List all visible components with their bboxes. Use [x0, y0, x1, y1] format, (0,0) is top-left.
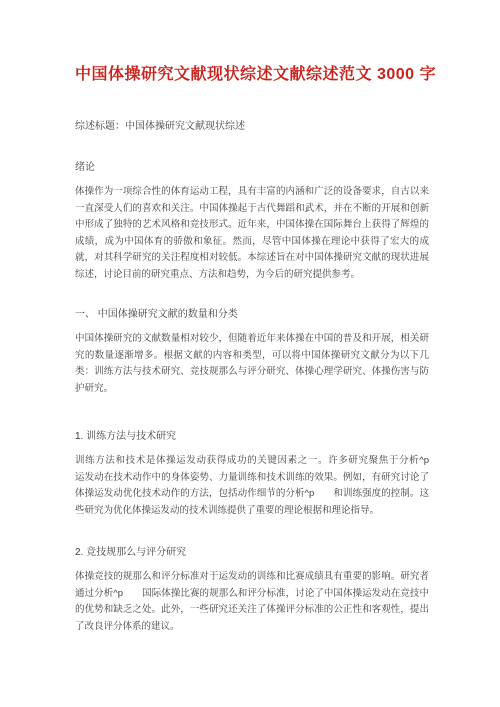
heading-introduction: 绪论 — [75, 160, 429, 176]
heading-subsection-rules-scoring: 2. 竞技规那么与评分研究 — [75, 545, 429, 561]
paragraph-rules-scoring: 体操竞技的规那么和评分标准对于运发动的训练和比赛成绩具有重要的影响。研究者通过分… — [75, 569, 429, 635]
document-title: 中国体操研究文献现状综述文献综述范文 3000 字 — [75, 64, 429, 86]
review-title-line: 综述标题：中国体操研究文献现状综述 — [75, 120, 429, 134]
document-page: 中国体操研究文献现状综述文献综述范文 3000 字 综述标题：中国体操研究文献现… — [0, 0, 500, 707]
heading-subsection-training-methods: 1. 训练方法与技术研究 — [75, 429, 429, 445]
paragraph-introduction: 体操作为一项综合性的体育运动工程，具有丰富的内涵和广泛的设备要求，自古以来一直深… — [75, 184, 429, 283]
heading-section-one-quantity-classification: 一、 中国体操研究文献的数量和分类 — [75, 307, 429, 323]
paragraph-training-methods: 训练方法和技术是体操运发动获得成功的关键因素之一。许多研究聚焦于分析^p 运发动… — [75, 453, 429, 519]
paragraph-quantity-classification: 中国体操研究的文献数量相对较少，但随着近年来体操在中国的普及和开展，相关研究的数… — [75, 331, 429, 397]
